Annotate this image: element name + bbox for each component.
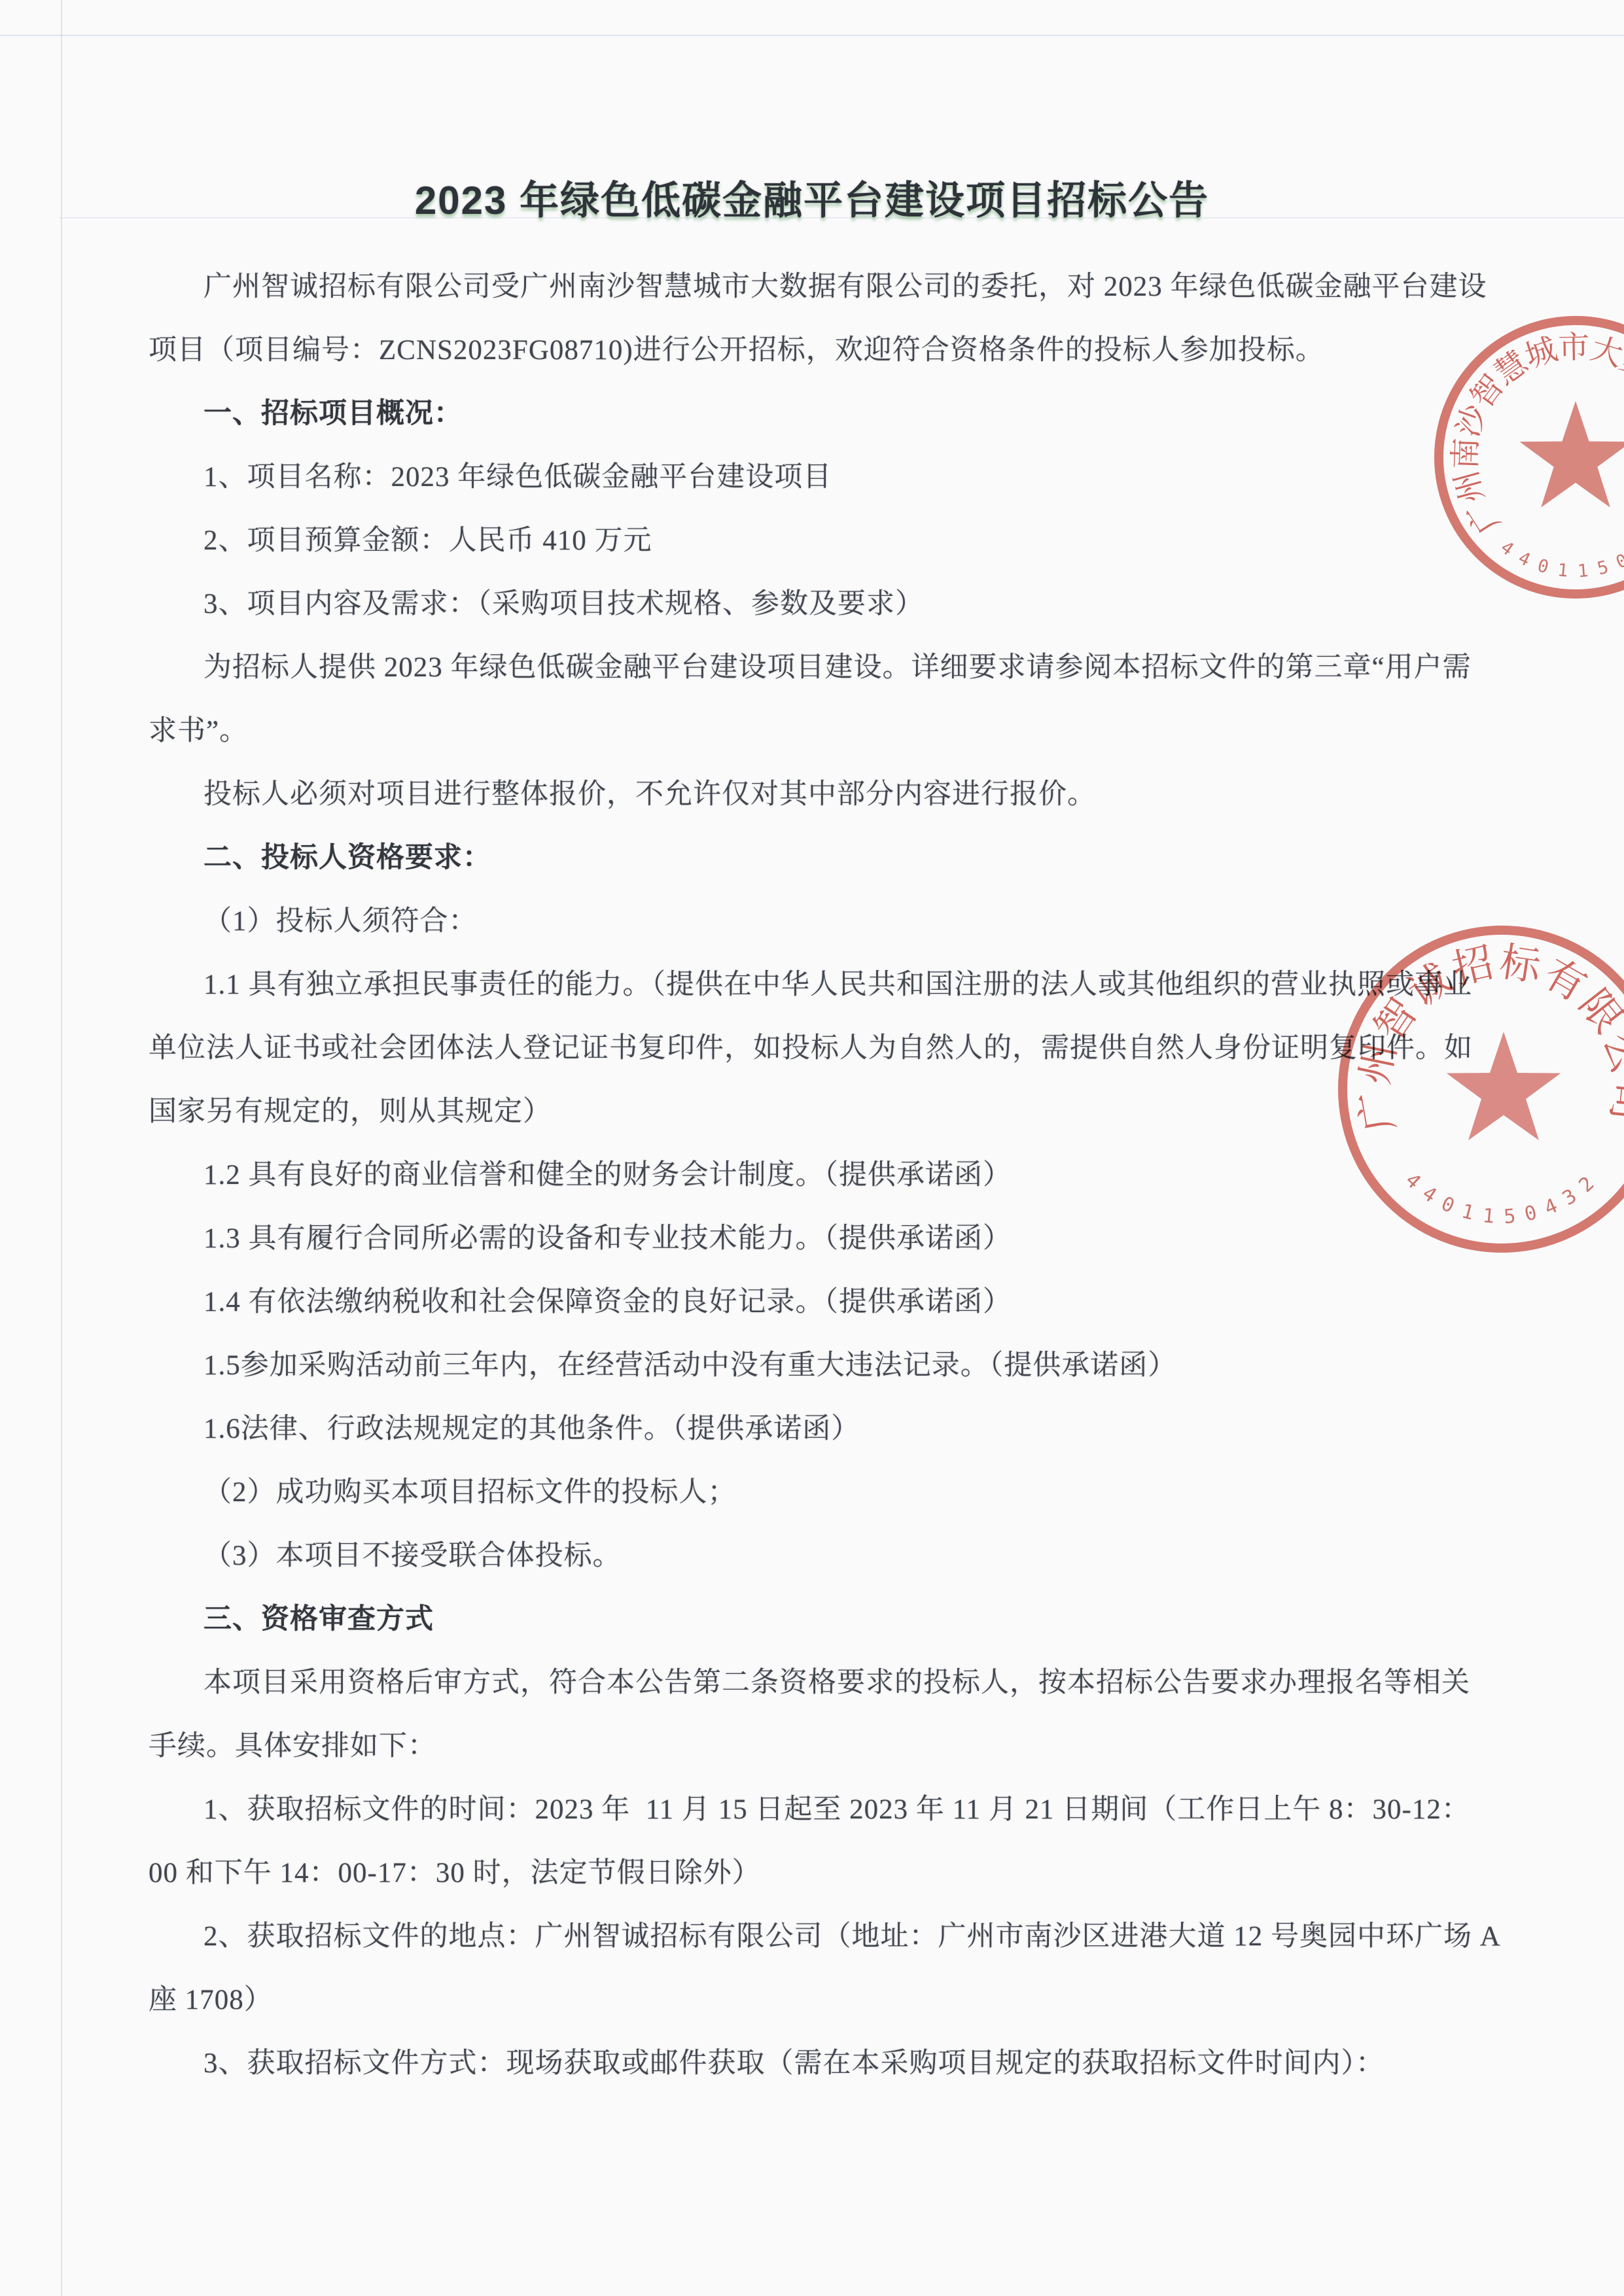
text-line: 1.4 有依法缴纳税收和社会保障资金的良好记录。（提供承诺函） (0, 1270, 1624, 1334)
text-line: 1.6法律、行政法规规定的其他条件。（提供承诺函） (0, 1397, 1624, 1461)
company-seal-zhicheng: 广州智诚招标有限公司 4401150432 (1318, 906, 1624, 1272)
text-line: 投标人必须对项目进行整体报价，不允许仅对其中部分内容进行报价。 (0, 763, 1624, 826)
text-line: 2、获取招标文件的地点：广州智诚招标有限公司（地址：广州市南沙区进港大道 12 … (0, 1905, 1624, 1968)
text-line: 1、项目名称：2023 年绿色低碳金融平台建设项目 (0, 445, 1624, 509)
text-line: 1.5参加采购活动前三年内，在经营活动中没有重大违法记录。（提供承诺函） (0, 1334, 1624, 1397)
text-line: 为招标人提供 2023 年绿色低碳金融平台建设项目建设。详细要求请参阅本招标文件… (0, 636, 1624, 699)
text-line: 3、获取招标文件方式：现场获取或邮件获取（需在本采购项目规定的获取招标文件时间内… (0, 2032, 1624, 2095)
text-line: 本项目采用资格后审方式，符合本公告第二条资格要求的投标人，按本招标公告要求办理报… (0, 1651, 1624, 1714)
seal-serial-number: 4401150432 (1401, 1169, 1602, 1228)
section-heading-3: 三、资格审查方式 (0, 1588, 1624, 1651)
section-heading-2: 二、投标人资格要求： (0, 826, 1624, 890)
text-line: 2、项目预算金额：人民币 410 万元 (0, 509, 1624, 572)
section-heading-1: 一、招标项目概况： (0, 382, 1624, 445)
text-line: 手续。具体安排如下： (0, 1714, 1624, 1778)
star-icon (1519, 401, 1624, 508)
text-line: 广州智诚招标有限公司受广州南沙智慧城市大数据有限公司的委托，对 2023 年绿色… (0, 255, 1624, 319)
scanned-document-page: 2023 年绿色低碳金融平台建设项目招标公告 广州智诚招标有限公司受广州南沙智慧… (0, 0, 1624, 2296)
text-line: 座 1708） (0, 1968, 1624, 2032)
company-seal-nansha: 广州南沙智慧城市大数据有限公司 44011502 (1412, 294, 1624, 621)
text-line: 求书”。 (0, 699, 1624, 763)
scan-artifact-horizontal-line (0, 35, 1624, 36)
star-icon (1447, 1032, 1561, 1140)
text-line: （2）成功购买本项目招标文件的投标人； (0, 1461, 1624, 1524)
text-line: 项目（项目编号：ZCNS2023FG08710)进行公开招标，欢迎符合资格条件的… (0, 319, 1624, 382)
text-line: 1、获取招标文件的时间：2023 年 11 月 15 日起至 2023 年 11… (0, 1778, 1624, 1841)
document-title: 2023 年绿色低碳金融平台建设项目招标公告 (0, 165, 1624, 237)
text-line: 3、项目内容及需求：（采购项目技术规格、参数及要求） (0, 572, 1624, 636)
text-line: （3）本项目不接受联合体投标。 (0, 1524, 1624, 1588)
text-line: 00 和下午 14：00-17：30 时，法定节假日除外） (0, 1841, 1624, 1905)
seal-serial-number: 44011502 (1497, 537, 1624, 582)
